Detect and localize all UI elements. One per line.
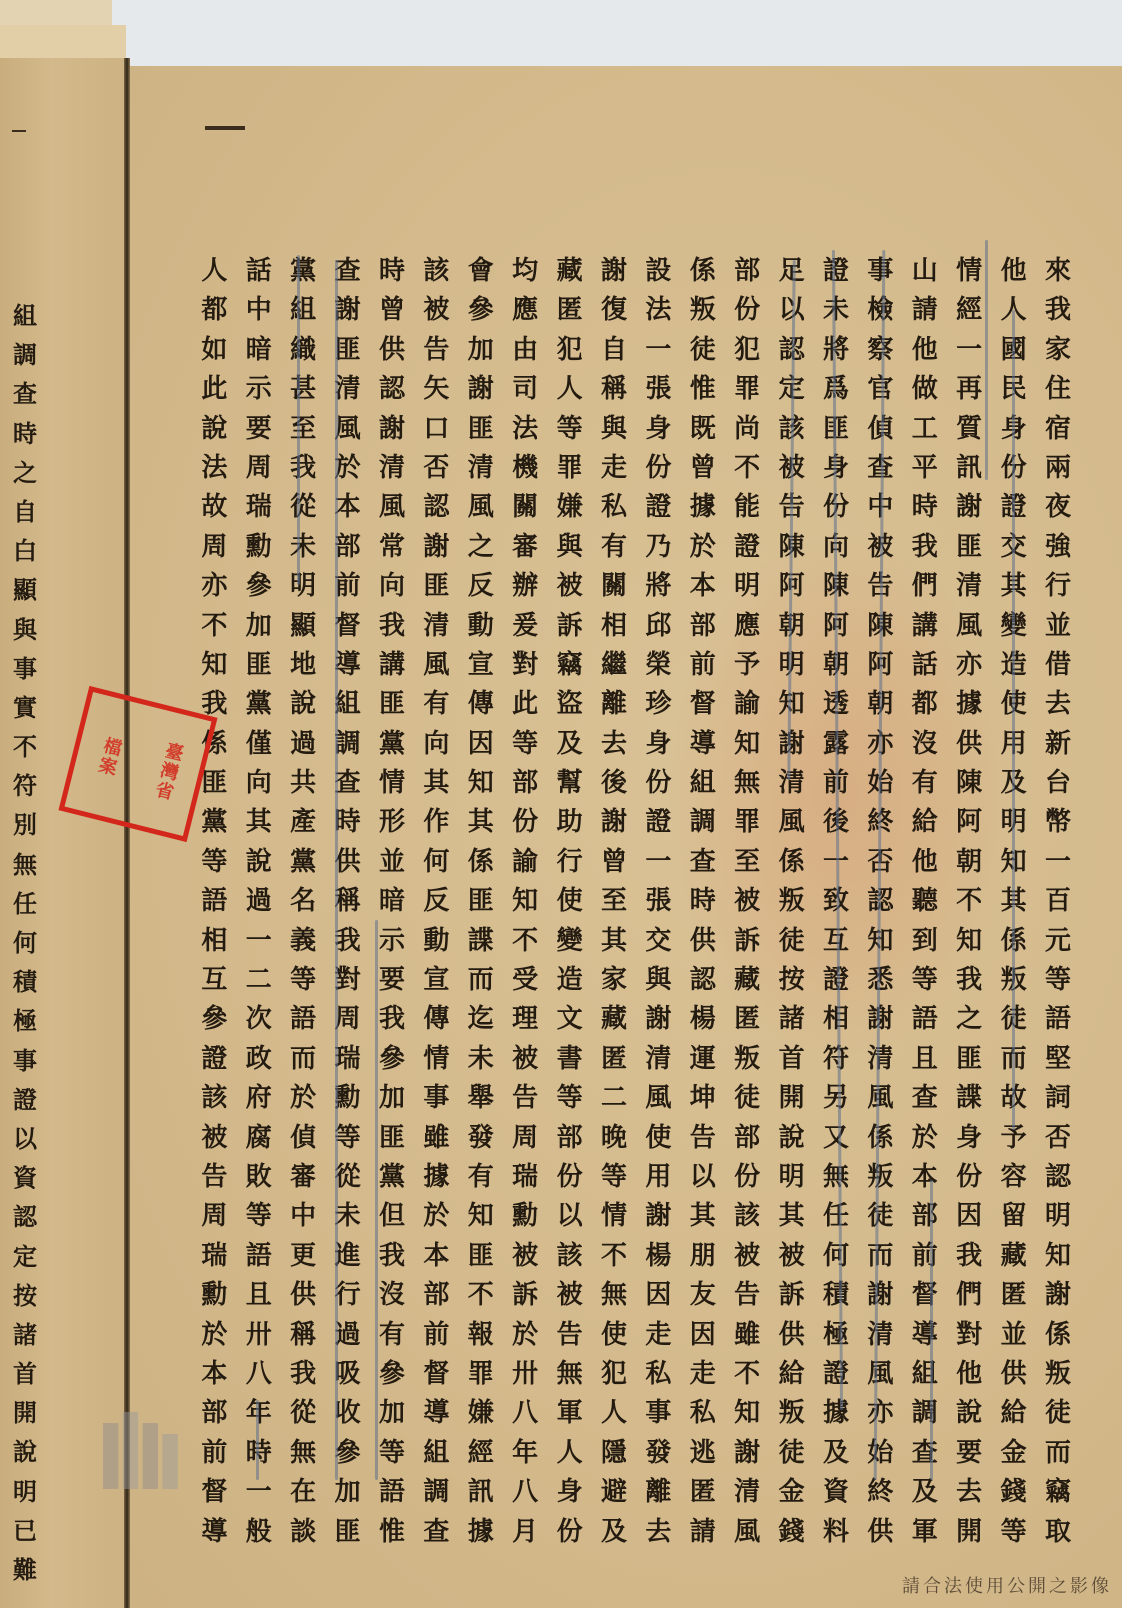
character: 由 <box>507 331 543 370</box>
character: 要 <box>241 410 277 449</box>
character: 認 <box>374 370 410 409</box>
character: 我 <box>374 1237 410 1276</box>
character: 張 <box>640 882 676 921</box>
character: 否 <box>1040 1119 1076 1158</box>
character: 認 <box>7 1197 43 1236</box>
character: 對 <box>507 646 543 685</box>
character: 腐 <box>241 1119 277 1158</box>
character: 八 <box>241 1355 277 1394</box>
character: 私 <box>685 1394 721 1433</box>
character: 使 <box>596 1316 632 1355</box>
character: 敗 <box>241 1158 277 1197</box>
character: 叛 <box>862 1158 898 1197</box>
character: 等 <box>374 1434 410 1473</box>
character: 語 <box>1040 1000 1076 1039</box>
character: 盜 <box>552 685 588 724</box>
character: 因 <box>951 1197 987 1236</box>
character: 造 <box>552 961 588 1000</box>
character: 證 <box>640 488 676 527</box>
character: 應 <box>729 607 765 646</box>
scanner-background <box>0 0 1122 70</box>
character: 知 <box>196 646 232 685</box>
character: 話 <box>907 646 943 685</box>
character: 參 <box>241 567 277 606</box>
character: 份 <box>729 1158 765 1197</box>
pencil-line <box>375 920 378 1480</box>
character: 家 <box>596 961 632 1000</box>
character: 能 <box>729 488 765 527</box>
character: 於 <box>507 1316 543 1355</box>
pencil-line <box>297 255 300 585</box>
character: 本 <box>907 1158 943 1197</box>
character: 前 <box>418 1316 454 1355</box>
character: 有 <box>374 1316 410 1355</box>
character: 清 <box>774 764 810 803</box>
character: 黨 <box>241 685 277 724</box>
character: 否 <box>418 449 454 488</box>
character: 事 <box>640 1394 676 1433</box>
character: 說 <box>241 843 277 882</box>
character: 離 <box>596 685 632 724</box>
character: 新 <box>1040 725 1076 764</box>
text-column: 黨組織甚至我從未明顯地說過共產黨名義等語而於偵審中更供稱我從無在談 <box>285 252 321 1552</box>
character: 周 <box>196 1197 232 1236</box>
character: 我 <box>374 1000 410 1039</box>
character: 據 <box>951 685 987 724</box>
character: 走 <box>640 1316 676 1355</box>
character: 及 <box>552 725 588 764</box>
text-column: 均應由司法機關審辦爰對此等部份諭知不受理被告周瑞勳被訴於卅八年八月 <box>507 252 543 1552</box>
character: 黨 <box>196 803 232 842</box>
character: 之 <box>463 528 499 567</box>
character: 身 <box>640 410 676 449</box>
character: 告 <box>729 1276 765 1315</box>
character: 調 <box>418 1473 454 1512</box>
character: 等 <box>552 410 588 449</box>
character: 據 <box>463 1513 499 1552</box>
character: 人 <box>552 370 588 409</box>
character: 機 <box>507 449 543 488</box>
character: 並 <box>1040 607 1076 646</box>
character: 經 <box>463 1434 499 1473</box>
character: 清 <box>951 567 987 606</box>
character: 人 <box>196 252 232 291</box>
character: 諸 <box>7 1315 43 1354</box>
character: 未 <box>818 291 854 330</box>
character: 首 <box>7 1354 43 1393</box>
character: 其 <box>774 1197 810 1236</box>
character: 應 <box>507 291 543 330</box>
character: 邱 <box>640 607 676 646</box>
character: 我 <box>907 528 943 567</box>
text-column: 山請他做工平時我們講話都沒有給他聽到等語且查於本部前督導組調查及軍 <box>907 252 943 1552</box>
character: 身 <box>552 1473 588 1512</box>
character: 察 <box>862 331 898 370</box>
character: 示 <box>241 370 277 409</box>
character: 等 <box>196 843 232 882</box>
character: 朝 <box>951 843 987 882</box>
character: 被 <box>196 1119 232 1158</box>
character: 動 <box>418 922 454 961</box>
character: 調 <box>7 335 43 374</box>
character: 堅 <box>1040 1040 1076 1079</box>
character: 未 <box>463 1040 499 1079</box>
character: 導 <box>418 1394 454 1433</box>
character: 謝 <box>862 1000 898 1039</box>
character: 謝 <box>463 370 499 409</box>
character: 語 <box>907 1000 943 1039</box>
character: 運 <box>685 1040 721 1079</box>
character: 金 <box>774 1473 810 1512</box>
character: 八 <box>507 1473 543 1512</box>
character: 嫌 <box>552 488 588 527</box>
character: 風 <box>418 646 454 685</box>
character: 傳 <box>418 1000 454 1039</box>
character: 坤 <box>685 1079 721 1118</box>
character: 證 <box>729 528 765 567</box>
character: 調 <box>907 1394 943 1433</box>
character: 與 <box>552 528 588 567</box>
character: 叛 <box>1040 1355 1076 1394</box>
character: 被 <box>507 1237 543 1276</box>
character: 們 <box>951 1276 987 1315</box>
character: 知 <box>463 764 499 803</box>
character: 檢 <box>862 291 898 330</box>
character: 容 <box>996 1158 1032 1197</box>
character: 組 <box>685 764 721 803</box>
character: 加 <box>241 607 277 646</box>
character: 織 <box>285 331 321 370</box>
pencil-line <box>335 260 338 1480</box>
character: 給 <box>774 1355 810 1394</box>
character: 匿 <box>596 1040 632 1079</box>
character: 等 <box>996 1513 1032 1552</box>
character: 謝 <box>1040 1276 1076 1315</box>
character: 明 <box>774 1158 810 1197</box>
character: 示 <box>374 922 410 961</box>
character: 顯 <box>285 607 321 646</box>
character: 匪 <box>951 1040 987 1079</box>
character: 說 <box>774 1119 810 1158</box>
character: 要 <box>951 1434 987 1473</box>
character: 事 <box>418 1079 454 1118</box>
character: 督 <box>907 1276 943 1315</box>
character: 話 <box>241 252 277 291</box>
character: 部 <box>685 607 721 646</box>
character: 曾 <box>685 449 721 488</box>
character: 該 <box>729 1197 765 1236</box>
character: 被 <box>774 1237 810 1276</box>
character: 審 <box>285 1158 321 1197</box>
character: 明 <box>1040 1197 1076 1236</box>
character: 等 <box>1040 961 1076 1000</box>
character: 而 <box>862 1237 898 1276</box>
character: 我 <box>951 1237 987 1276</box>
character: 情 <box>951 252 987 291</box>
character: 等 <box>285 961 321 1000</box>
character: 會 <box>463 252 499 291</box>
character: 山 <box>907 252 943 291</box>
character: 謝 <box>418 528 454 567</box>
character: 形 <box>374 803 410 842</box>
character: 何 <box>818 1237 854 1276</box>
character: 知 <box>507 882 543 921</box>
character: 係 <box>463 843 499 882</box>
character: 再 <box>951 370 987 409</box>
character: 告 <box>552 1316 588 1355</box>
character: 白 <box>7 531 43 570</box>
character: 被 <box>729 1237 765 1276</box>
character: 從 <box>285 1394 321 1433</box>
text-column: 謝復自稱與走私有關相繼離去後謝曾至其家藏匿二晚等情不無使犯人隱避及 <box>596 252 632 1552</box>
character: 書 <box>552 1040 588 1079</box>
character: 查 <box>685 843 721 882</box>
character: 該 <box>418 252 454 291</box>
character: 講 <box>907 607 943 646</box>
character: 匿 <box>552 291 588 330</box>
character: 時 <box>7 414 43 453</box>
character: 竊 <box>552 646 588 685</box>
character: 他 <box>996 252 1032 291</box>
character: 相 <box>818 1000 854 1039</box>
character: 楊 <box>640 1237 676 1276</box>
character: 次 <box>241 1000 277 1039</box>
character: 年 <box>507 1434 543 1473</box>
character: 明 <box>285 567 321 606</box>
character: 徒 <box>862 1197 898 1236</box>
character: 宿 <box>1040 410 1076 449</box>
character: 參 <box>463 291 499 330</box>
character: 向 <box>418 725 454 764</box>
character: 請 <box>685 1513 721 1552</box>
character: 匿 <box>996 1276 1032 1315</box>
character: 雖 <box>418 1119 454 1158</box>
character: 中 <box>285 1197 321 1236</box>
character: 請 <box>907 291 943 330</box>
character: 清 <box>862 1316 898 1355</box>
character: 勳 <box>196 1276 232 1315</box>
character: 惟 <box>374 1513 410 1552</box>
character: 匪 <box>241 646 277 685</box>
character: 平 <box>907 449 943 488</box>
character: 資 <box>818 1473 854 1512</box>
character: 惟 <box>685 370 721 409</box>
character: 語 <box>374 1473 410 1512</box>
character: 符 <box>818 1040 854 1079</box>
character: 參 <box>196 1000 232 1039</box>
character: 清 <box>463 449 499 488</box>
character: 將 <box>640 567 676 606</box>
character: 與 <box>596 410 632 449</box>
character: 供 <box>774 1316 810 1355</box>
character: 亦 <box>951 646 987 685</box>
character: 迄 <box>463 1000 499 1039</box>
character: 組 <box>418 1434 454 1473</box>
usage-watermark-text: 請合法使用公開之影像 <box>902 1572 1112 1598</box>
character: 匪 <box>951 528 987 567</box>
character: 我 <box>951 961 987 1000</box>
character: 其 <box>596 922 632 961</box>
character: 百 <box>1040 882 1076 921</box>
character: 等 <box>241 1197 277 1236</box>
left-page-mark <box>12 130 26 132</box>
character: 部 <box>507 764 543 803</box>
character: 僅 <box>241 725 277 764</box>
left-page: 組調查時之自白顯與事實不符別無任何積極事證以資認定按諸首開說明已難 <box>0 58 126 1608</box>
character: 據 <box>418 1158 454 1197</box>
character: 家 <box>1040 331 1076 370</box>
character: 錢 <box>996 1473 1032 1512</box>
character: 沒 <box>907 725 943 764</box>
character: 去 <box>1040 685 1076 724</box>
character: 榮 <box>640 646 676 685</box>
character: 人 <box>596 1394 632 1433</box>
character: 證 <box>7 1080 43 1119</box>
character: 時 <box>374 252 410 291</box>
character: 匪 <box>418 567 454 606</box>
character: 此 <box>196 370 232 409</box>
character: 陳 <box>951 764 987 803</box>
character: 名 <box>285 882 321 921</box>
character: 我 <box>285 449 321 488</box>
character: 犯 <box>729 331 765 370</box>
character: 都 <box>907 685 943 724</box>
character: 語 <box>196 882 232 921</box>
character: 其 <box>463 803 499 842</box>
character: 部 <box>729 1119 765 1158</box>
character: 諭 <box>729 685 765 724</box>
character: 份 <box>552 1513 588 1552</box>
character: 而 <box>1040 1434 1076 1473</box>
character: 作 <box>418 803 454 842</box>
character: 對 <box>951 1316 987 1355</box>
character: 關 <box>596 567 632 606</box>
character: 於 <box>418 1197 454 1236</box>
text-column: 會參加謝匪清風之反動宣傳因知其係匪諜而迄未舉發有知匪不報罪嫌經訊據 <box>463 252 499 1552</box>
character: 等 <box>596 1158 632 1197</box>
character: 一 <box>951 331 987 370</box>
character: 不 <box>729 449 765 488</box>
character: 至 <box>285 410 321 449</box>
character: 張 <box>640 370 676 409</box>
character: 前 <box>907 1237 943 1276</box>
character: 如 <box>196 331 232 370</box>
character: 開 <box>7 1393 43 1432</box>
character: 於 <box>285 1079 321 1118</box>
character: 至 <box>596 882 632 921</box>
character: 行 <box>1040 567 1076 606</box>
character: 部 <box>418 1276 454 1315</box>
character: 積 <box>818 1276 854 1315</box>
character: 周 <box>196 528 232 567</box>
character: 一 <box>1040 843 1076 882</box>
character: 詞 <box>1040 1079 1076 1118</box>
character: 朋 <box>685 1237 721 1276</box>
character: 取 <box>1040 1513 1076 1552</box>
character: 終 <box>862 1473 898 1512</box>
character: 且 <box>241 1276 277 1315</box>
character: 有 <box>418 685 454 724</box>
character: 謝 <box>951 488 987 527</box>
character: 據 <box>685 488 721 527</box>
character: 因 <box>463 725 499 764</box>
character: 係 <box>1040 1316 1076 1355</box>
character: 台 <box>1040 764 1076 803</box>
character: 自 <box>596 331 632 370</box>
character: 徒 <box>1040 1394 1076 1433</box>
character: 匪 <box>374 1119 410 1158</box>
character: 未 <box>285 528 321 567</box>
character: 事 <box>7 1041 43 1080</box>
character: 份 <box>640 764 676 803</box>
character: 符 <box>7 766 43 805</box>
character: 清 <box>640 1040 676 1079</box>
archive-watermark-icon <box>92 1390 202 1500</box>
character: 告 <box>418 331 454 370</box>
character: 發 <box>463 1119 499 1158</box>
character: 有 <box>463 1158 499 1197</box>
character: 從 <box>285 488 321 527</box>
character: 被 <box>729 882 765 921</box>
character: 係 <box>862 1119 898 1158</box>
character: 供 <box>685 922 721 961</box>
character: 匪 <box>374 685 410 724</box>
character: 組 <box>285 291 321 330</box>
character: 產 <box>285 803 321 842</box>
character: 何 <box>418 843 454 882</box>
text-column: 時曾供認謝清風常向我講匪黨情形並暗示要我參加匪黨但我沒有參加等語惟 <box>374 252 410 1552</box>
character: 般 <box>241 1513 277 1552</box>
character: 黨 <box>374 1158 410 1197</box>
character: 定 <box>7 1237 43 1276</box>
character: 瑞 <box>196 1237 232 1276</box>
character: 藏 <box>729 961 765 1000</box>
character: 本 <box>685 567 721 606</box>
character: 任 <box>7 884 43 923</box>
character: 行 <box>552 843 588 882</box>
character: 曾 <box>596 843 632 882</box>
character: 風 <box>374 488 410 527</box>
character: 去 <box>640 1513 676 1552</box>
character: 避 <box>596 1473 632 1512</box>
character: 沒 <box>374 1276 410 1315</box>
character: 元 <box>1040 922 1076 961</box>
character: 明 <box>729 567 765 606</box>
character: 顯 <box>7 570 43 609</box>
character: 諜 <box>463 922 499 961</box>
character: 爰 <box>507 607 543 646</box>
character: 法 <box>196 449 232 488</box>
character: 講 <box>374 646 410 685</box>
character: 風 <box>640 1079 676 1118</box>
character: 積 <box>7 962 43 1001</box>
character: 及 <box>818 1434 854 1473</box>
character: 匪 <box>463 1237 499 1276</box>
character: 報 <box>463 1316 499 1355</box>
character: 向 <box>374 567 410 606</box>
character: 審 <box>507 528 543 567</box>
character: 相 <box>196 922 232 961</box>
character: 工 <box>907 410 943 449</box>
character: 罪 <box>463 1355 499 1394</box>
text-column: 人都如此說法故周亦不知我係匪黨等語相互參證該被告周瑞勳於本部前督導 <box>196 252 232 1552</box>
character: 難 <box>7 1550 43 1589</box>
character: 本 <box>418 1237 454 1276</box>
left-page-edge-top <box>0 0 112 26</box>
character: 並 <box>996 1316 1032 1355</box>
character: 設 <box>640 252 676 291</box>
character: 司 <box>507 370 543 409</box>
